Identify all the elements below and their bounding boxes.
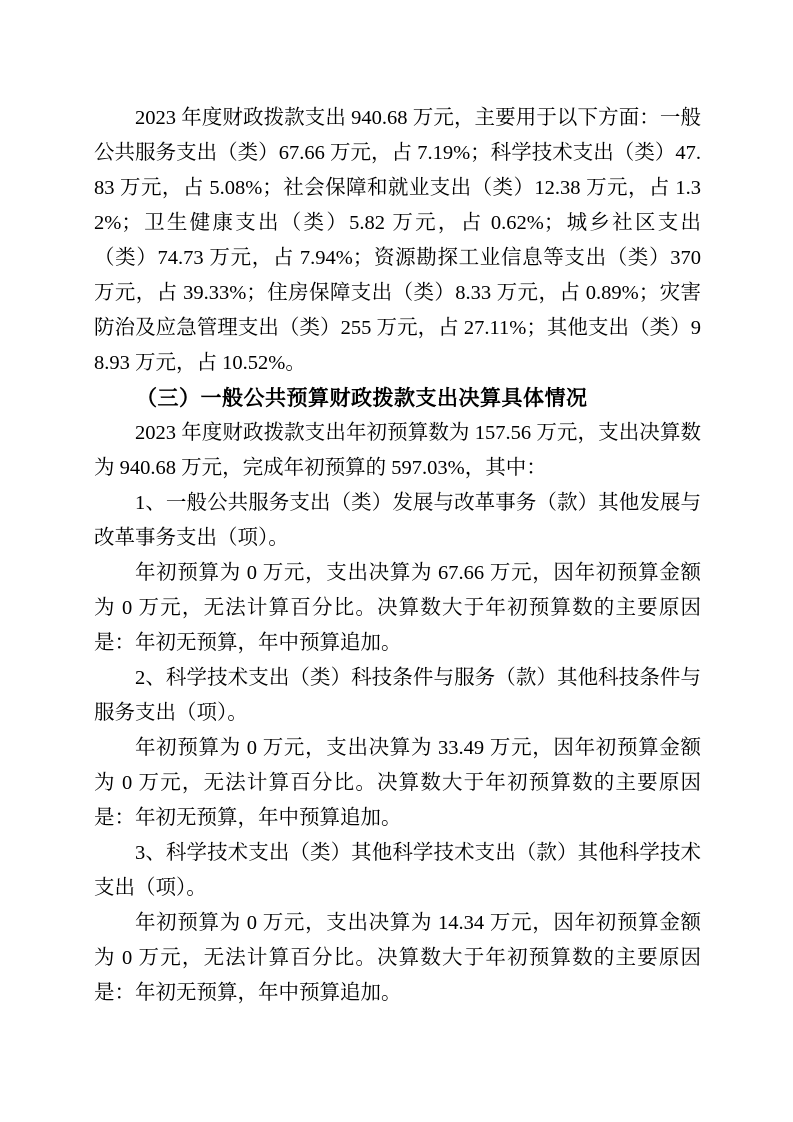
intro-paragraph: 2023 年度财政拨款支出 940.68 万元，主要用于以下方面：一般公共服务支…: [94, 101, 701, 381]
item-3-detail: 年初预算为 0 万元，支出决算为 14.34 万元，因年初预算金额为 0 万元，…: [94, 906, 701, 1011]
section-heading: （三）一般公共预算财政拨款支出决算具体情况: [94, 381, 701, 416]
document-page: 2023 年度财政拨款支出 940.68 万元，主要用于以下方面：一般公共服务支…: [0, 0, 793, 1122]
item-3-title: 3、科学技术支出（类）其他科学技术支出（款）其他科学技术支出（项）。: [94, 836, 701, 906]
document-content: 2023 年度财政拨款支出 940.68 万元，主要用于以下方面：一般公共服务支…: [94, 101, 701, 1011]
summary-paragraph: 2023 年度财政拨款支出年初预算数为 157.56 万元，支出决算数为 940…: [94, 416, 701, 486]
item-2-detail: 年初预算为 0 万元，支出决算为 33.49 万元，因年初预算金额为 0 万元，…: [94, 731, 701, 836]
item-1-detail: 年初预算为 0 万元，支出决算为 67.66 万元，因年初预算金额为 0 万元，…: [94, 556, 701, 661]
item-1-title: 1、一般公共服务支出（类）发展与改革事务（款）其他发展与改革事务支出（项）。: [94, 486, 701, 556]
item-2-title: 2、科学技术支出（类）科技条件与服务（款）其他科技条件与服务支出（项）。: [94, 661, 701, 731]
